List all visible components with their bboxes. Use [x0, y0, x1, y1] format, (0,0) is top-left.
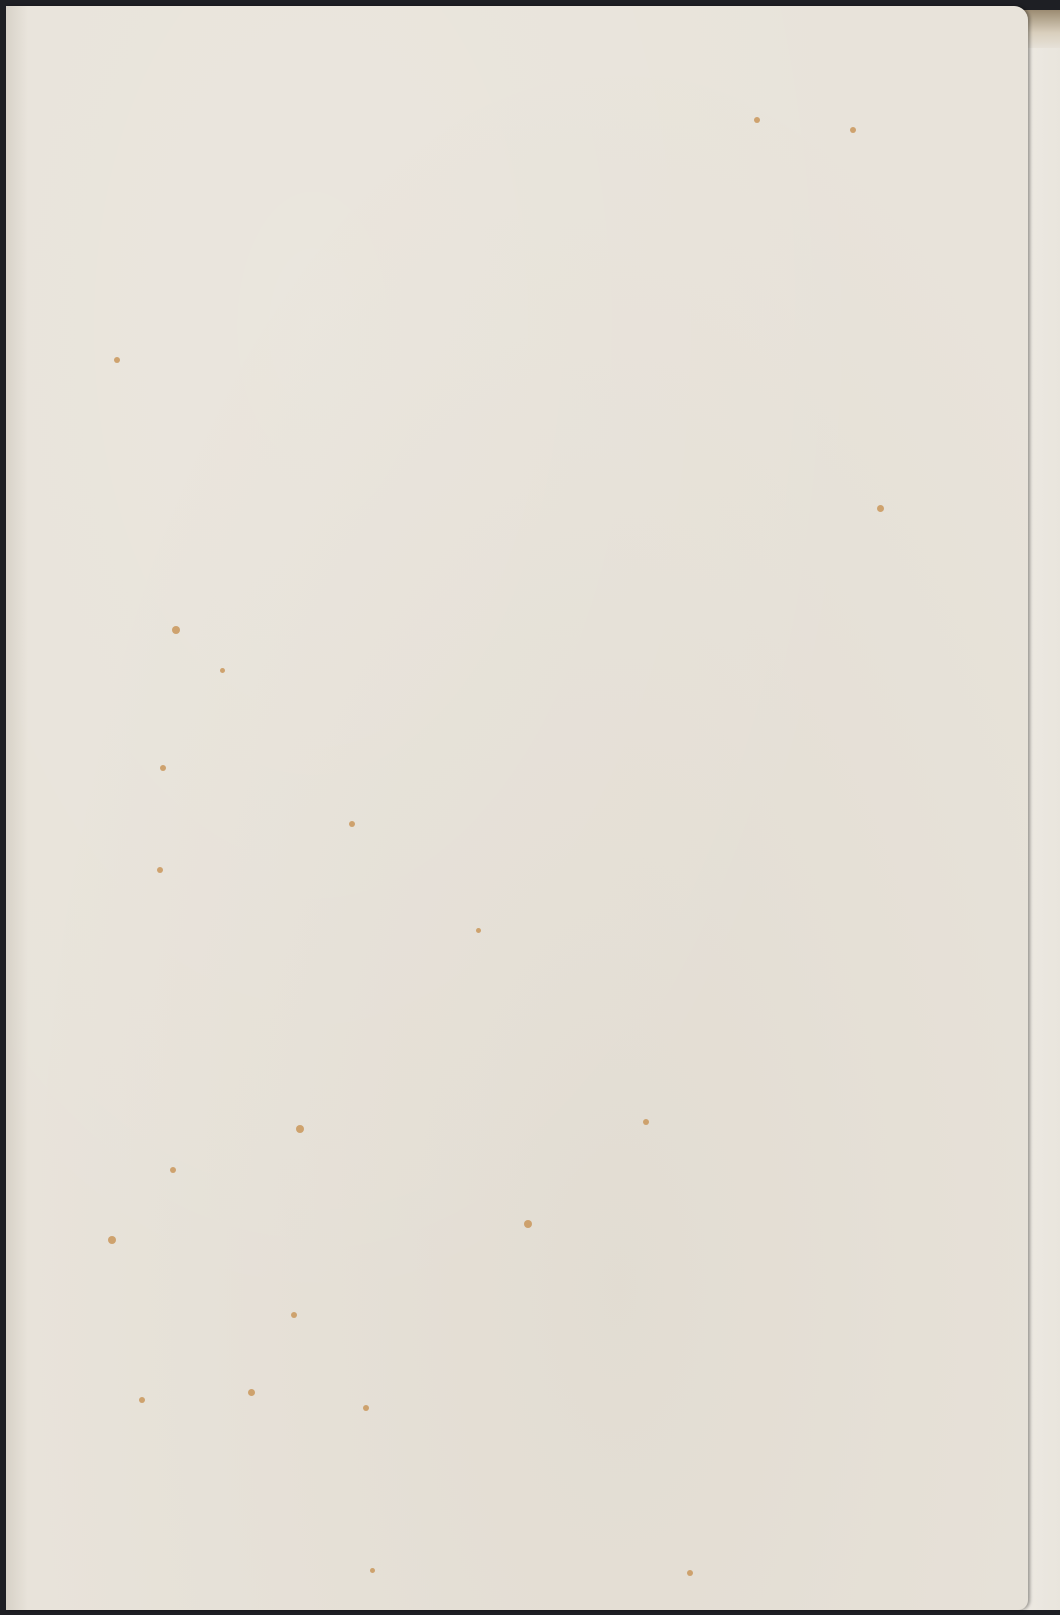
foxing-spot: [643, 1119, 649, 1125]
foxing-spot: [296, 1125, 304, 1133]
foxing-spot: [687, 1570, 693, 1576]
foxing-spot: [220, 668, 225, 673]
foxing-spot: [157, 867, 163, 873]
foxing-spot: [248, 1389, 255, 1396]
foxing-spot: [349, 821, 355, 827]
foxing-spot: [754, 117, 760, 123]
foxing-spot: [114, 357, 120, 363]
foxing-spot: [363, 1405, 369, 1411]
foxing-spot: [877, 505, 884, 512]
foxing-spot: [170, 1167, 176, 1173]
foxing-spot: [172, 626, 180, 634]
foxing-spot: [370, 1568, 375, 1573]
foxing-spot: [160, 765, 166, 771]
blank-page: [6, 6, 1028, 1610]
foxing-spot: [524, 1220, 532, 1228]
gutter-shadow: [6, 6, 28, 1610]
foxing-spot: [139, 1397, 145, 1403]
foxing-spot: [108, 1236, 116, 1244]
foxing-spot: [850, 127, 856, 133]
foxing-spot: [476, 928, 481, 933]
foxing-spot: [291, 1312, 297, 1318]
